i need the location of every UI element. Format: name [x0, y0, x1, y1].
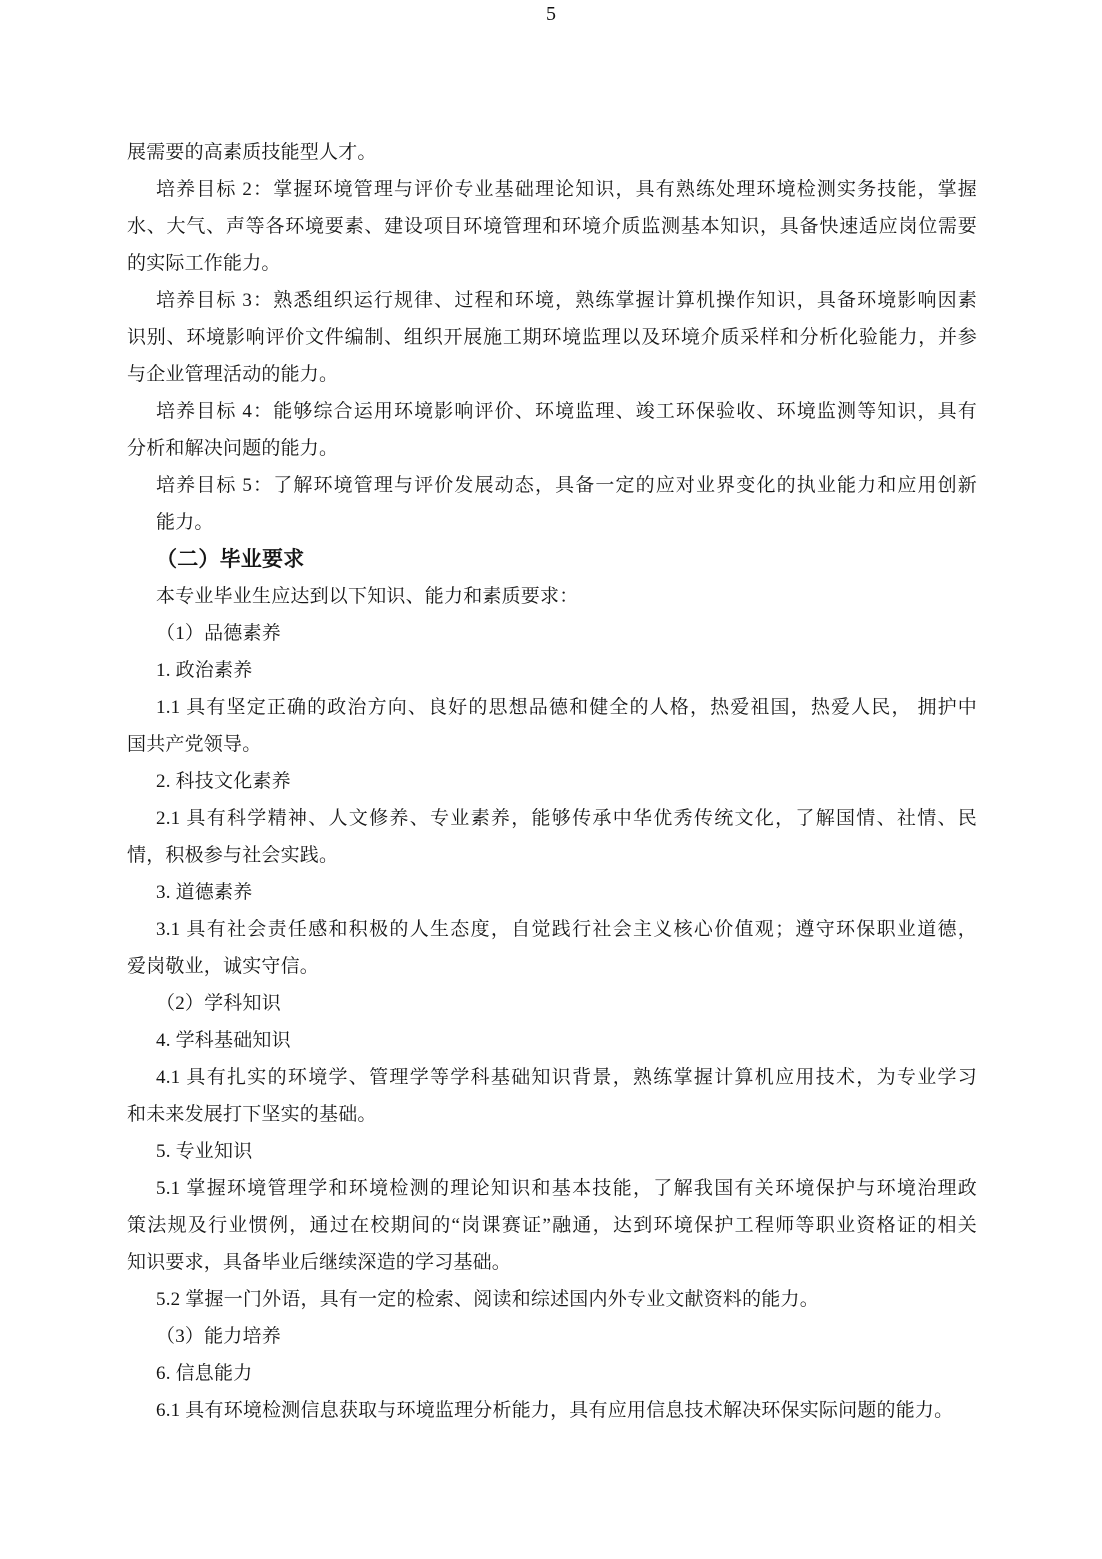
body-line: 策法规及行业惯例，通过在校期间的“岗课赛证”融通，达到环境保护工程师等职业资格证… — [127, 1207, 977, 1244]
body-line: 爱岗敬业，诚实守信。 — [127, 948, 977, 985]
body-line: 2.1 具有科学精神、人文修养、专业素养，能够传承中华优秀传统文化，了解国情、社… — [127, 800, 977, 837]
subheading-subject-knowledge: （2）学科知识 — [127, 985, 977, 1022]
subheading-ability-training: （3）能力培养 — [127, 1318, 977, 1355]
body-line: 3.1 具有社会责任感和积极的人生态度，自觉践行社会主义核心价值观；遵守环保职业… — [127, 911, 977, 948]
body-line: 1.1 具有坚定正确的政治方向、良好的思想品德和健全的人格，热爱祖国，热爱人民，… — [127, 689, 977, 726]
body-line: 5.2 掌握一门外语，具有一定的检索、阅读和综述国内外专业文献资料的能力。 — [127, 1281, 977, 1318]
item-heading-moral-quality: 3. 道德素养 — [127, 874, 977, 911]
body-line: 能力。 — [127, 504, 977, 541]
item-heading-political-quality: 1. 政治素养 — [127, 652, 977, 689]
body-line: 5.1 掌握环境管理学和环境检测的理论知识和基本技能，了解我国有关环境保护与环境… — [127, 1170, 977, 1207]
body-line: 培养目标 3：熟悉组织运行规律、过程和环境，熟练掌握计算机操作知识，具备环境影响… — [127, 282, 977, 319]
item-heading-professional-knowledge: 5. 专业知识 — [127, 1133, 977, 1170]
body-line: 和未来发展打下坚实的基础。 — [127, 1096, 977, 1133]
body-line: 分析和解决问题的能力。 — [127, 430, 977, 467]
body-line: 6.1 具有环境检测信息获取与环境监理分析能力，具有应用信息技术解决环保实际问题… — [127, 1392, 977, 1429]
page-number: 5 — [0, 1, 1102, 27]
body-line: 本专业毕业生应达到以下知识、能力和素质要求： — [127, 578, 977, 615]
body-line: 情，积极参与社会实践。 — [127, 837, 977, 874]
body-line: 国共产党领导。 — [127, 726, 977, 763]
item-heading-subject-basic-knowledge: 4. 学科基础知识 — [127, 1022, 977, 1059]
body-line: 的实际工作能力。 — [127, 245, 977, 282]
document-body: 展需要的高素质技能型人才。 培养目标 2：掌握环境管理与评价专业基础理论知识，具… — [127, 134, 977, 1429]
body-line: 培养目标 2：掌握环境管理与评价专业基础理论知识，具有熟练处理环境检测实务技能，… — [127, 171, 977, 208]
body-line: 水、大气、声等各环境要素、建设项目环境管理和环境介质监测基本知识，具备快速适应岗… — [127, 208, 977, 245]
document-page: 5 展需要的高素质技能型人才。 培养目标 2：掌握环境管理与评价专业基础理论知识… — [0, 0, 1102, 1559]
item-heading-sci-tech-culture-quality: 2. 科技文化素养 — [127, 763, 977, 800]
body-line: 展需要的高素质技能型人才。 — [127, 134, 977, 171]
body-line: 识别、环境影响评价文件编制、组织开展施工期环境监理以及环境介质采样和分析化验能力… — [127, 319, 977, 356]
body-line: 培养目标 5：了解环境管理与评价发展动态，具备一定的应对业界变化的执业能力和应用… — [127, 467, 977, 504]
body-line: 知识要求，具备毕业后继续深造的学习基础。 — [127, 1244, 977, 1281]
body-line: 培养目标 4：能够综合运用环境影响评价、环境监理、竣工环保验收、环境监测等知识，… — [127, 393, 977, 430]
section-heading-graduation-requirements: （二）毕业要求 — [127, 541, 977, 578]
body-line: 与企业管理活动的能力。 — [127, 356, 977, 393]
subheading-moral-quality: （1）品德素养 — [127, 615, 977, 652]
item-heading-information-ability: 6. 信息能力 — [127, 1355, 977, 1392]
body-line: 4.1 具有扎实的环境学、管理学等学科基础知识背景，熟练掌握计算机应用技术，为专… — [127, 1059, 977, 1096]
